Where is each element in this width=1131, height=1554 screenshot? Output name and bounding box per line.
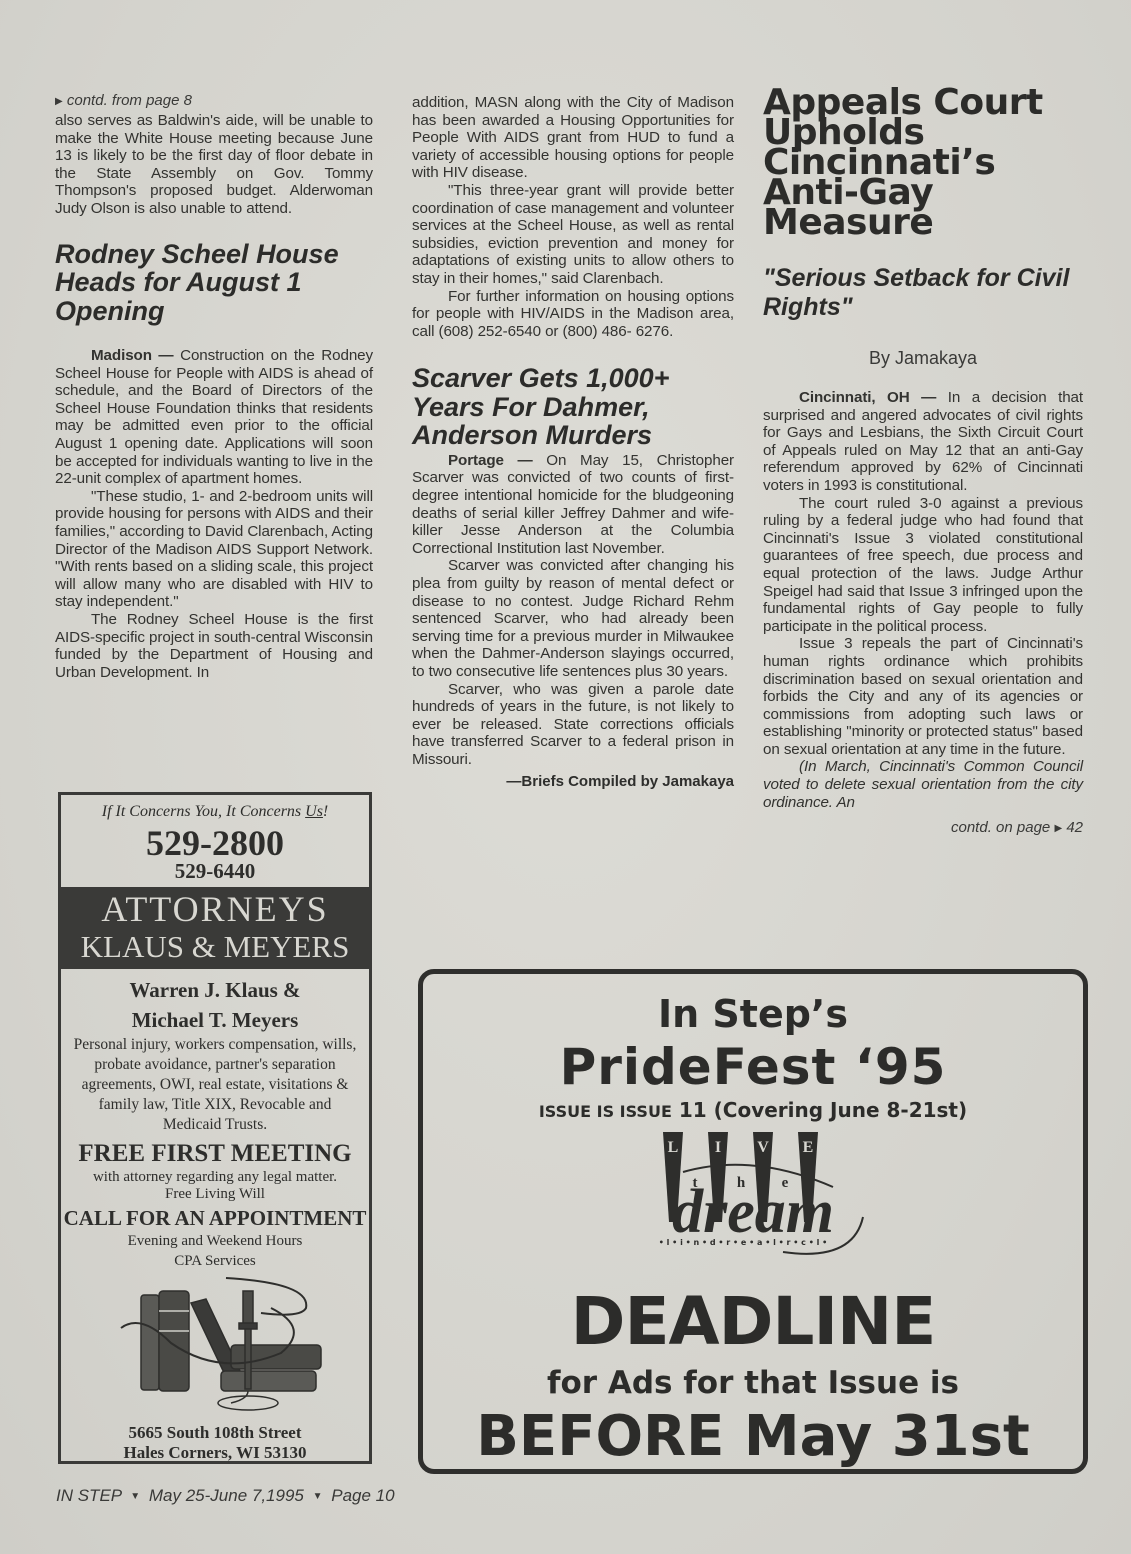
svg-text:L: L [668,1139,679,1156]
issue-dates: May 25-June 7,1995 [149,1486,304,1505]
ad-banner: ATTORNEYS KLAUS & MEYERS [61,887,369,969]
phone-main: 529-2800 [61,825,369,861]
article-scarver: Portage — On May 15, Christopher Scarver… [412,452,734,769]
call-heading: CALL FOR AN APPOINTMENT [61,1205,369,1231]
triangle-down-icon: ▼ [313,1491,323,1502]
ad-line-issue: ISSUE IS ISSUE 11 (Covering June 8-21st) [423,1098,1083,1124]
continued-from-marker: ▶ contd. from page 8 [55,92,373,109]
article-appeals-court: Cincinnati, OH — In a decision that surp… [763,389,1083,811]
ad-line-pridefest: PrideFest ‘95 [423,1040,1083,1094]
column-1: ▶ contd. from page 8 also serves as Bald… [55,92,373,681]
column-3: Appeals Court Upholds Cincinnati’s Anti-… [763,88,1083,836]
continued-on-link[interactable]: contd. on page ▶ 42 [763,819,1083,836]
books-and-candle-icon [111,1273,331,1413]
scheel-house-continued: addition, MASN along with the City of Ma… [412,94,734,340]
svg-text:dream: dream [672,1178,834,1246]
continued-paragraph: also serves as Baldwin's aide, will be u… [55,112,373,218]
ad-address: 5665 South 108th Street Hales Corners, W… [61,1423,369,1463]
article-scheel-house: Madison — Construction on the Rodney Sch… [55,347,373,681]
page-number: Page 10 [331,1486,394,1505]
phone-alt: 529-6440 [61,861,369,881]
svg-text:• l • i • n • d • r • e • a •: • l • i • n • d • r • e • a • l • r • c … [659,1238,827,1247]
ad-line-for-ads: for Ads for that Issue is [423,1363,1083,1403]
newspaper-page: ▶ contd. from page 8 also serves as Bald… [0,0,1131,1554]
services-list: Personal injury, workers compensation, w… [61,1035,369,1135]
attorney-advertisement: If It Concerns You, It Concerns Us! 529-… [58,792,372,1464]
dateline: Portage — [448,452,533,469]
triangle-down-icon: ▼ [130,1491,140,1502]
pridefest-advertisement: In Step’s PrideFest ‘95 ISSUE IS ISSUE 1… [418,969,1088,1474]
free-meeting-heading: FREE FIRST MEETING [61,1139,369,1169]
article-dek: "Serious Setback for Civil Rights" [763,264,1083,322]
triangle-right-icon: ▶ [55,96,63,107]
headline-appeals-court: Appeals Court Upholds Cincinnati’s Anti-… [763,88,1063,238]
attorney-names: Warren J. Klaus & Michael T. Meyers [61,975,369,1035]
ad-line-deadline: DEADLINE [423,1287,1083,1357]
svg-text:E: E [803,1139,814,1156]
live-the-dream-logo-icon: LIVE the dream • l • i • n • d • r • e •… [613,1132,893,1287]
svg-text:I: I [715,1139,721,1156]
publication-name: IN STEP [56,1486,122,1505]
triangle-right-icon: ▶ [1054,823,1062,834]
dateline: Cincinnati, OH — [799,389,936,406]
ad-line-before-date: BEFORE May 31st [423,1407,1083,1467]
column-2: addition, MASN along with the City of Ma… [412,94,734,790]
page-footer: IN STEP ▼ May 25-June 7,1995 ▼ Page 10 [56,1486,395,1506]
dateline: Madison — [91,347,174,364]
headline-scheel-house: Rodney Scheel House Heads for August 1 O… [55,240,365,326]
article-signature: —Briefs Compiled by Jamakaya [412,773,734,790]
svg-text:V: V [757,1139,769,1156]
ad-tagline: If It Concerns You, It Concerns Us! [61,803,369,821]
headline-scarver: Scarver Gets 1,000+ Years For Dahmer, An… [412,364,712,450]
byline: By Jamakaya [763,348,1083,369]
ad-line-in-steps: In Step’s [423,994,1083,1034]
